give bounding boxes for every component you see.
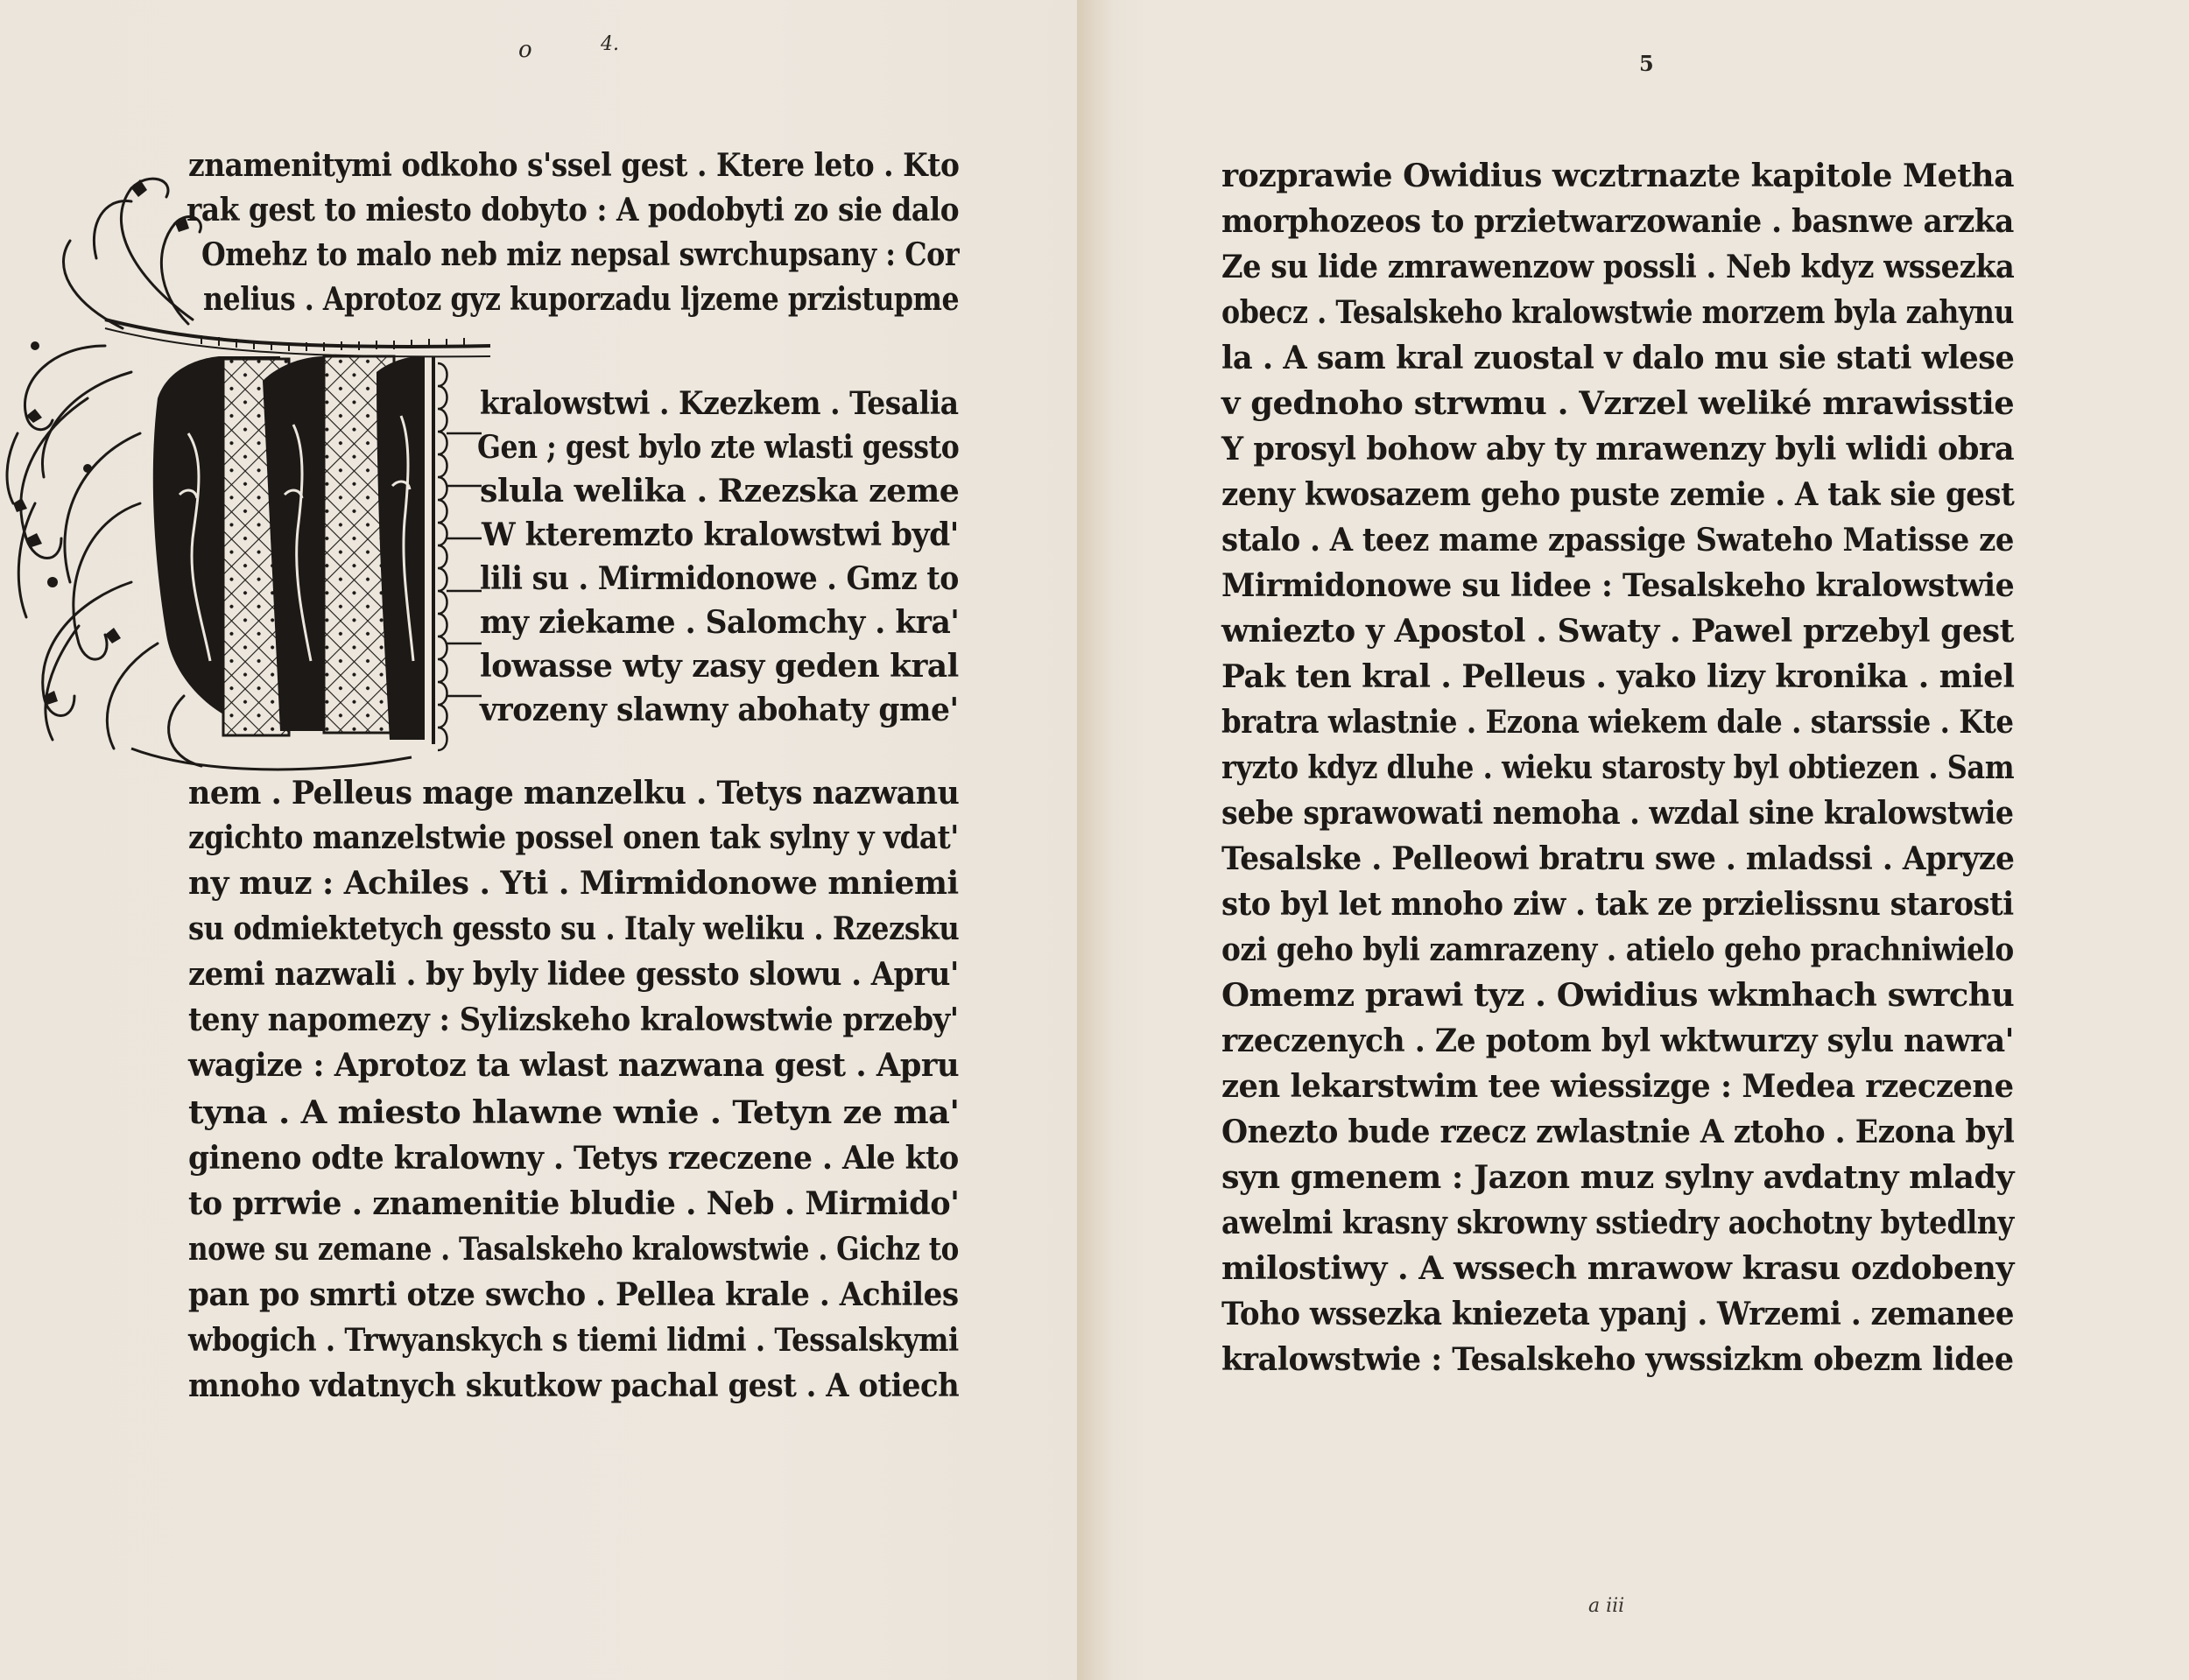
text-line: Y prosyl bohow aby ty mrawenzy byli wlid… xyxy=(1221,431,2014,467)
text-line: zemi nazwali . by byly lidee gessto slow… xyxy=(188,956,959,993)
text-line: pan po smrti otze swcho . Pellea krale .… xyxy=(188,1276,959,1313)
text-line: Mirmidonowe su lidee : Tesalskeho kralow… xyxy=(1221,567,2014,604)
text-line: wniezto y Apostol . Swaty . Pawel przeby… xyxy=(1221,613,2014,650)
text-line: su odmiektetych gessto su . Italy weliku… xyxy=(188,910,959,947)
text-line: Pak ten kral . Pelleus . yako lizy kroni… xyxy=(1221,658,2014,695)
text-line: tyna . A miesto hlawne wnie . Tetyn ze m… xyxy=(188,1094,960,1131)
text-line: wbogich . Trwyanskych s tiemi lidmi . Te… xyxy=(188,1322,959,1359)
book-gutter xyxy=(1077,0,1080,1680)
text-line: v gednoho strwmu . Vzrzel weliké mrawiss… xyxy=(1221,385,2014,422)
text-line: rzeczenych . Ze potom byl wktwurzy sylu … xyxy=(1221,1023,2014,1059)
text-line: obecz . Tesalskeho kralowstwie morzem by… xyxy=(1221,294,2014,331)
text-line: rozprawie Owidius wcztrnazte kapitole Me… xyxy=(1221,158,2014,194)
text-line: ozi geho byli zamrazeny . atielo geho pr… xyxy=(1221,931,2014,968)
text-line: Gen ; gest bylo zte wlasti gessto xyxy=(477,429,959,466)
text-line: zeny kwosazem geho puste zemie . A tak s… xyxy=(1221,476,2014,513)
text-line: slula welika . Rzezska zeme xyxy=(480,473,959,510)
text-line: bratra wlastnie . Ezona wiekem dale . st… xyxy=(1221,704,2014,741)
text-line: rak gest to miesto dobyto : A podobyti z… xyxy=(187,192,959,228)
text-line: lili su . Mirmidonowe . Gmz to xyxy=(480,560,959,597)
right-page: 5 rozprawie Owidius wcztrnazte kapitole … xyxy=(1079,0,2189,1680)
text-line: sebe sprawowati nemoha . wzdal sine kral… xyxy=(1221,795,2014,832)
text-line: Onezto bude rzecz zwlastnie A ztoho . Ez… xyxy=(1221,1114,2014,1150)
text-line: vrozeny slawny abohaty gme' xyxy=(480,692,959,728)
text-line: Tesalske . Pelleowi bratru swe . mladssi… xyxy=(1221,840,2014,877)
text-line: ny muz : Achiles . Yti . Mirmidonowe mni… xyxy=(188,865,959,902)
text-line: morphozeos to przietwarzowanie . basnwe … xyxy=(1221,203,2014,240)
text-line: Toho wssezka kniezeta ypanj . Wrzemi . z… xyxy=(1221,1296,2014,1332)
text-line: awelmi krasny skrowny sstiedry aochotny … xyxy=(1221,1205,2014,1241)
text-line: nelius . Aprotoz gyz kuporzadu ljzeme pr… xyxy=(203,281,959,318)
text-line: gineno odte kralowny . Tetys rzeczene . … xyxy=(188,1140,959,1177)
text-line: teny napomezy : Sylizskeho kralowstwie p… xyxy=(188,1002,959,1038)
text-line: zen lekarstwim tee wiessizge : Medea rze… xyxy=(1221,1068,2014,1105)
text-line: Omehz to malo neb miz nepsal swrchupsany… xyxy=(201,236,959,273)
text-line: lowasse wty zasy geden kral xyxy=(480,648,959,685)
text-line: kralowstwie : Tesalskeho ywssizkm obezm … xyxy=(1221,1341,2014,1378)
left-page: o 4. xyxy=(0,0,1079,1680)
text-line: to prrwie . znamenitie bludie . Neb . Mi… xyxy=(188,1185,959,1222)
text-line: ryzto kdyz dluhe . wieku starosty byl ob… xyxy=(1221,749,2014,786)
text-line: syn gmenem : Jazon muz sylny avdatny mla… xyxy=(1221,1159,2014,1196)
text-line: znamenitymi odkoho s'ssel gest . Ktere l… xyxy=(188,147,959,184)
text-line: stalo . A teez mame zpassige Swateho Mat… xyxy=(1221,522,2014,559)
text-line: zgichto manzelstwie possel onen tak syln… xyxy=(188,819,959,856)
text-line: Ze su lide zmrawenzow possli . Neb kdyz … xyxy=(1221,249,2014,285)
text-line: sto byl let mnoho ziw . tak ze przieliss… xyxy=(1221,886,2014,923)
text-line: mnoho vdatnych skutkow pachal gest . A o… xyxy=(188,1367,959,1404)
text-line: my ziekame . Salomchy . kra' xyxy=(480,604,959,641)
signature-mark: a iii xyxy=(1588,1595,1624,1617)
folio-mark-number: 5 xyxy=(1639,51,1654,76)
text-line: wagize : Aprotoz ta wlast nazwana gest .… xyxy=(188,1047,959,1084)
text-line: kralowstwi . Kzezkem . Tesalia xyxy=(480,385,959,422)
text-line: W kteremzto kralowstwi byd' xyxy=(482,517,959,553)
text-line: Omemz prawi tyz . Owidius wkmhach swrchu xyxy=(1221,977,2014,1014)
folio-mark-number: 4. xyxy=(601,33,619,55)
text-line: la . A sam kral zuostal v dalo mu sie st… xyxy=(1221,340,2014,376)
text-line: milostiwy . A wssech mrawow krasu ozdobe… xyxy=(1221,1250,2014,1287)
folio-mark-o: o xyxy=(518,37,532,63)
text-line: nem . Pelleus mage manzelku . Tetys nazw… xyxy=(188,775,959,812)
text-line: nowe su zemane . Tasalskeho kralowstwie … xyxy=(188,1231,959,1268)
